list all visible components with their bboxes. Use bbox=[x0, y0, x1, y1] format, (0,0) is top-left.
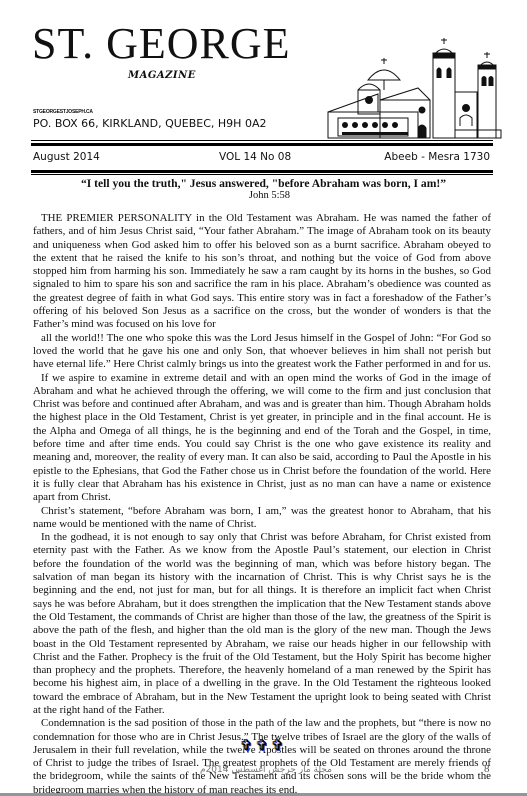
issue-coptic-date: Abeeb - Mesra 1730 bbox=[384, 151, 490, 163]
article-paragraph: THE PREMIER PERSONALITY in the Old Testa… bbox=[33, 212, 491, 332]
issue-volume: VOL 14 No 08 bbox=[219, 151, 291, 163]
article-paragraph: Condemnation is the sad position of thos… bbox=[33, 717, 491, 796]
issue-date: August 2014 bbox=[33, 151, 100, 163]
epigraph-reference: John 5:58 bbox=[0, 190, 527, 202]
masthead-title: ST. GEORGE bbox=[32, 22, 291, 66]
header-rule-thin-top bbox=[31, 140, 493, 141]
page-number: 8 bbox=[484, 763, 490, 775]
header-rule-thick-bottom bbox=[31, 170, 493, 173]
header-rule-thick-top bbox=[31, 143, 493, 146]
triple-cross-icon: ✞✞✞ bbox=[0, 736, 527, 755]
footer-arabic-caption: مجلة مار جرجس أغسطس 2014م bbox=[200, 765, 332, 775]
epigraph: “I tell you the truth," Jesus answered, … bbox=[0, 177, 527, 202]
article-paragraph: Christ’s statement, “before Abraham was … bbox=[33, 505, 491, 532]
issue-info-bar: August 2014 VOL 14 No 08 Abeeb - Mesra 1… bbox=[33, 150, 490, 166]
article-paragraph: In the godhead, it is not enough to say … bbox=[33, 531, 491, 717]
church-illustration-icon bbox=[318, 20, 503, 140]
masthead-subtitle: MAGAZINE bbox=[128, 70, 196, 81]
epigraph-quote: “I tell you the truth," Jesus answered, … bbox=[0, 177, 527, 190]
article-paragraph: If we aspire to examine in extreme detai… bbox=[33, 372, 491, 505]
postal-address: PO. BOX 66, KIRKLAND, QUEBEC, H9H 0A2 bbox=[33, 117, 266, 130]
article-paragraph: all the world!! The one who spoke this w… bbox=[33, 332, 491, 372]
article-body: THE PREMIER PERSONALITY in the Old Testa… bbox=[33, 212, 491, 796]
header-rule-thin-bottom bbox=[31, 174, 493, 175]
website-url: STGEORGESTJOSEPH.CA bbox=[33, 109, 93, 115]
